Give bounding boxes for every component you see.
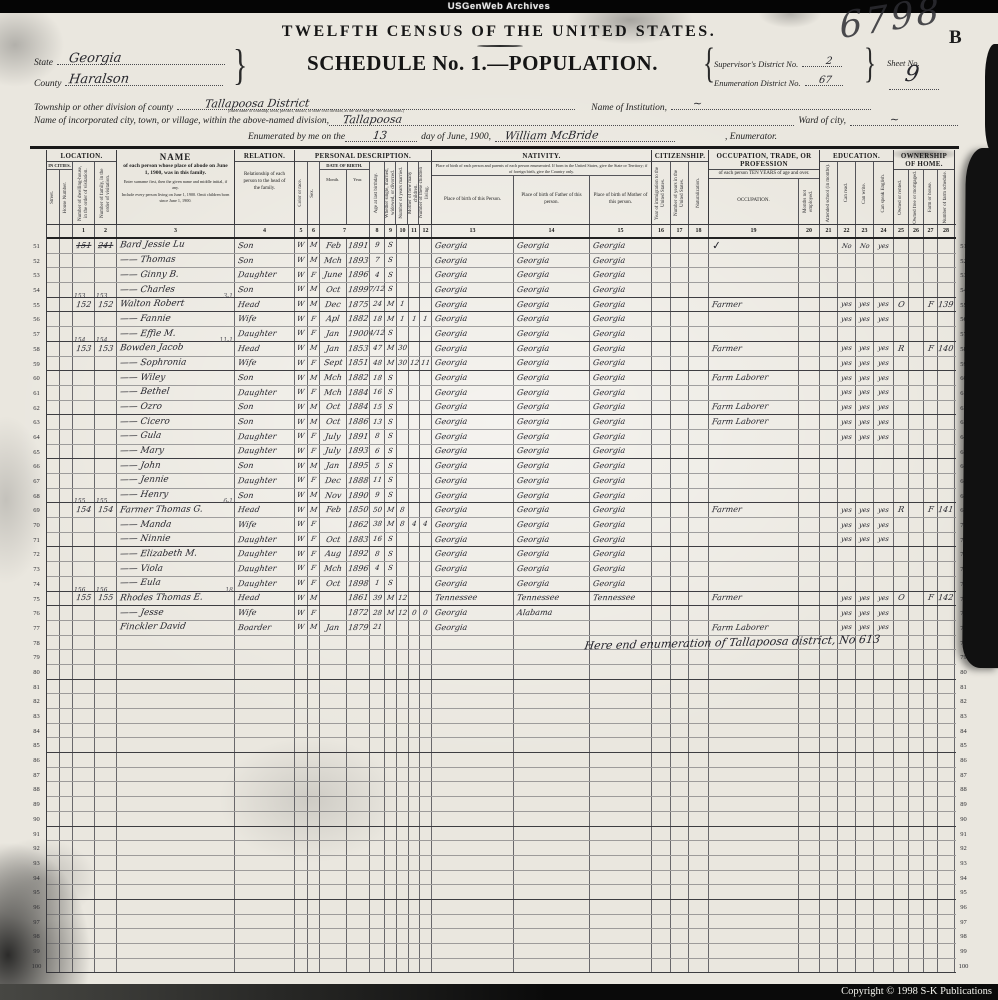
cell-yr: 1893 xyxy=(347,445,370,459)
column-number: 25 xyxy=(894,225,909,237)
cell-house xyxy=(60,239,73,253)
handwritten-entry: F xyxy=(311,610,317,617)
handwritten-entry: Mch xyxy=(323,374,342,382)
location-columns: IN CITIES. Street. House Number. Number … xyxy=(47,162,116,224)
column-number: 17 xyxy=(671,225,689,237)
cell-mu xyxy=(799,268,820,282)
cell-mo: Feb xyxy=(320,239,347,253)
handwritten-entry: yes xyxy=(841,507,853,514)
cell-m xyxy=(385,797,397,811)
cell-own xyxy=(894,459,909,473)
cell-rel: Boarder xyxy=(235,621,295,635)
cell-pm: Georgia xyxy=(590,239,652,253)
cell-en xyxy=(874,753,894,767)
handwritten-entry: Tennessee xyxy=(434,594,477,602)
cell-s: M xyxy=(308,592,320,606)
handwritten-entry: yes xyxy=(878,595,890,602)
cell-yr: 1886 xyxy=(347,415,370,429)
handwritten-entry: Georgia xyxy=(516,403,549,411)
cell-s: M xyxy=(308,459,320,473)
row-number: 81 xyxy=(29,681,44,696)
cell-wr xyxy=(856,474,874,488)
cell-m: S xyxy=(385,254,397,268)
handwritten-entry: 9 xyxy=(374,492,380,499)
cell-rd xyxy=(838,694,856,708)
handwritten-entry: 30 xyxy=(398,360,408,367)
cell-dw xyxy=(73,621,95,635)
cell-c16 xyxy=(652,489,671,503)
cell-cl xyxy=(420,636,432,650)
cell-fm xyxy=(909,312,924,326)
cell-wr: yes xyxy=(856,592,874,606)
handwritten-entry: 1 xyxy=(400,301,406,308)
cell-rel xyxy=(235,915,295,929)
cell-c17 xyxy=(671,856,689,870)
row-number: 86 xyxy=(29,754,44,769)
cell-own xyxy=(894,665,909,679)
handwritten-entry: M xyxy=(309,595,317,602)
cell-name: —— Henry xyxy=(117,489,235,503)
cell-name xyxy=(117,680,235,694)
cell-fh xyxy=(924,489,938,503)
handwritten-entry: Feb xyxy=(325,242,341,250)
cell-fm xyxy=(909,753,924,767)
cell-fn xyxy=(938,621,955,635)
cell-en: yes xyxy=(874,371,894,385)
cell-wr: yes xyxy=(856,606,874,620)
cell-occ xyxy=(709,459,799,473)
cell-name: —— John xyxy=(117,459,235,473)
cell-mo: Oct xyxy=(320,533,347,547)
cell-occ xyxy=(709,445,799,459)
cell-wr xyxy=(856,856,874,870)
cell-street xyxy=(47,665,60,679)
handwritten-entry: S xyxy=(388,286,394,293)
cell-en: yes xyxy=(874,298,894,312)
handwritten-entry: yes xyxy=(878,419,890,426)
enumerated-line: Enumerated by me on the 13 day of June, … xyxy=(248,131,777,142)
handwritten-entry: Wife xyxy=(237,521,257,529)
cell-mc xyxy=(409,753,420,767)
handwritten-entry: Georgia xyxy=(434,477,467,485)
cell-pm xyxy=(590,885,652,899)
cell-c16 xyxy=(652,827,671,841)
cell-c17 xyxy=(671,929,689,943)
cell-street xyxy=(47,518,60,532)
cell-pm xyxy=(590,812,652,826)
cell-fm xyxy=(909,885,924,899)
col-children-living: Number of these children living. xyxy=(419,162,431,224)
cell-rel: Wife xyxy=(235,312,295,326)
cell-mu xyxy=(799,900,820,914)
handwritten-entry: Georgia xyxy=(592,535,625,543)
row-number: 58 xyxy=(29,343,44,358)
correction-mark: 156 xyxy=(96,587,107,594)
cell-mc xyxy=(409,592,420,606)
handwritten-entry: Georgia xyxy=(592,565,625,573)
cell-name: —— Gula xyxy=(117,430,235,444)
state-value: Georgia xyxy=(68,51,122,66)
cell-pm xyxy=(590,782,652,796)
handwritten-entry: yes xyxy=(878,389,890,396)
cell-name xyxy=(117,636,235,650)
col-mother: Mother of how many children. xyxy=(408,162,419,224)
cell-name: —— Wiley xyxy=(117,371,235,385)
cell-ym xyxy=(397,327,409,341)
cell-yr xyxy=(347,709,370,723)
handwritten-entry: yes xyxy=(878,301,890,308)
handwritten-entry: F xyxy=(311,316,317,323)
handwritten-entry: Georgia xyxy=(516,315,549,323)
name-note-1: Enter surname first, then the given name… xyxy=(117,177,234,190)
cell-fn xyxy=(938,782,955,796)
handwritten-entry: yes xyxy=(841,595,853,602)
cell-dw: 153154 xyxy=(73,342,95,356)
cell-cl xyxy=(420,342,432,356)
cell-cl xyxy=(420,445,432,459)
cell-c18 xyxy=(689,312,709,326)
col-farm: Farm or house. xyxy=(924,170,938,224)
cell-fam xyxy=(95,709,117,723)
cell-mo: Mch xyxy=(320,254,347,268)
cell-c18 xyxy=(689,915,709,929)
cell-fm xyxy=(909,474,924,488)
handwritten-entry: 1893 xyxy=(347,256,369,264)
correction-mark: 154 xyxy=(74,337,85,344)
cell-rd xyxy=(838,254,856,268)
handwritten-entry: M xyxy=(386,521,394,528)
cell-wr xyxy=(856,665,874,679)
row-number: 51 xyxy=(29,240,44,255)
handwritten-entry: yes xyxy=(859,536,871,543)
cell-pm: Tennessee xyxy=(590,592,652,606)
handwritten-entry: Wife xyxy=(237,359,257,367)
cell-rel: Son xyxy=(235,401,295,415)
cell-rd xyxy=(838,944,856,958)
handwritten-entry: yes xyxy=(859,595,871,602)
cell-mo xyxy=(320,856,347,870)
cell-name: —— Manda xyxy=(117,518,235,532)
cell-fn xyxy=(938,518,955,532)
cell-c16 xyxy=(652,592,671,606)
table-row xyxy=(47,856,956,871)
cell-fn xyxy=(938,459,955,473)
cell-fam xyxy=(95,606,117,620)
handwritten-entry: —— Eula xyxy=(119,579,161,588)
cell-own: O xyxy=(894,592,909,606)
column-number: 27 xyxy=(924,225,938,237)
handwritten-entry: 11 xyxy=(421,360,431,367)
handwritten-entry: Wife xyxy=(237,609,257,617)
cell-yr xyxy=(347,680,370,694)
cell-m xyxy=(385,856,397,870)
column-number: 21 xyxy=(820,225,838,237)
cell-pm: Georgia xyxy=(590,386,652,400)
cell-own xyxy=(894,738,909,752)
cell-age xyxy=(370,929,385,943)
cell-c16 xyxy=(652,782,671,796)
cell-age xyxy=(370,753,385,767)
cell-street xyxy=(47,753,60,767)
cell-c: W xyxy=(295,415,308,429)
cell-mo: Apl xyxy=(320,312,347,326)
cell-street xyxy=(47,871,60,885)
handwritten-entry: F xyxy=(311,565,317,572)
table-row: —— HenrySonWMNov18909SGeorgiaGeorgiaGeor… xyxy=(47,489,956,504)
cell-occ: Farmer xyxy=(709,342,799,356)
cell-pb xyxy=(432,782,514,796)
cell-street xyxy=(47,709,60,723)
cell-s: F xyxy=(308,562,320,576)
table-row: —— GulaDaughterWFJuly18918SGeorgiaGeorgi… xyxy=(47,430,956,445)
handwritten-entry: W xyxy=(297,477,305,484)
handwritten-entry: Georgia xyxy=(434,624,467,632)
cell-rd: yes xyxy=(838,606,856,620)
cell-wr xyxy=(856,283,874,297)
cell-c17 xyxy=(671,738,689,752)
cell-fam xyxy=(95,474,117,488)
row-number: 96 xyxy=(29,901,44,916)
row-number: 88 xyxy=(29,783,44,798)
cell-en xyxy=(874,724,894,738)
handwritten-entry: 1882 xyxy=(347,374,369,382)
cell-rd xyxy=(838,562,856,576)
cell-en: yes xyxy=(874,606,894,620)
handwritten-entry: yes xyxy=(859,389,871,396)
cell-cl xyxy=(420,841,432,855)
cell-dw xyxy=(73,827,95,841)
cell-name xyxy=(117,768,235,782)
cell-own xyxy=(894,562,909,576)
cell-en: yes xyxy=(874,503,894,517)
cell-c16 xyxy=(652,254,671,268)
handwritten-entry: W xyxy=(297,551,305,558)
cell-age xyxy=(370,797,385,811)
cell-mo xyxy=(320,709,347,723)
handwritten-entry: 39 xyxy=(372,595,382,602)
cell-fm xyxy=(909,636,924,650)
row-number: 69 xyxy=(29,504,44,519)
cell-c xyxy=(295,900,308,914)
cell-fh xyxy=(924,885,938,899)
cell-fh xyxy=(924,915,938,929)
cell-name xyxy=(117,929,235,943)
handwritten-entry: 4 xyxy=(423,521,429,528)
enumeration-label: Enumeration District No. xyxy=(714,78,801,88)
cell-c16 xyxy=(652,357,671,371)
cell-age xyxy=(370,856,385,870)
cell-occ xyxy=(709,430,799,444)
cell-pb: Georgia xyxy=(432,371,514,385)
cell-name: —— Ginny B. xyxy=(117,268,235,282)
handwritten-entry: yes xyxy=(878,345,890,352)
cell-mo xyxy=(320,871,347,885)
cell-fh xyxy=(924,621,938,635)
row-number: 65 xyxy=(29,446,44,461)
cell-en xyxy=(874,900,894,914)
cell-cl xyxy=(420,474,432,488)
cell-c17 xyxy=(671,812,689,826)
cell-fam xyxy=(95,665,117,679)
enumerated-day-underline: 13 xyxy=(345,131,417,142)
cell-rd xyxy=(838,283,856,297)
cell-pf: Georgia xyxy=(514,327,590,341)
cell-street xyxy=(47,239,60,253)
cell-fn xyxy=(938,577,955,591)
table-row: 155156155156Rhodes Thomas E.18HeadWM1861… xyxy=(47,592,956,607)
handwritten-entry: Georgia xyxy=(434,433,467,441)
cell-occ xyxy=(709,900,799,914)
cell-dw xyxy=(73,562,95,576)
cell-age: 4/12 xyxy=(370,327,385,341)
handwritten-entry: S xyxy=(388,242,394,249)
cell-pb xyxy=(432,724,514,738)
cell-en: yes xyxy=(874,430,894,444)
handwritten-entry: W xyxy=(297,507,305,514)
cell-fh xyxy=(924,445,938,459)
enumerated-date-label: day of June, 1900, xyxy=(421,132,491,142)
handwritten-entry: yes xyxy=(859,316,871,323)
cell-rel: Daughter xyxy=(235,445,295,459)
cell-age: 24 xyxy=(370,298,385,312)
cell-c16 xyxy=(652,474,671,488)
cell-name: Farmer Thomas G.6-1 xyxy=(117,503,235,517)
cell-pb xyxy=(432,959,514,973)
cell-rel: Head xyxy=(235,298,295,312)
cell-yr: 1851 xyxy=(347,357,370,371)
cell-ym xyxy=(397,871,409,885)
cell-c16 xyxy=(652,885,671,899)
cell-fh xyxy=(924,254,938,268)
cell-mc xyxy=(409,239,420,253)
column-number: 8 xyxy=(370,225,385,237)
handwritten-entry: yes xyxy=(878,360,890,367)
cell-wr xyxy=(856,944,874,958)
cell-rel xyxy=(235,856,295,870)
cell-yr: 1896 xyxy=(347,268,370,282)
cell-fam xyxy=(95,900,117,914)
cell-rel xyxy=(235,636,295,650)
cell-c17 xyxy=(671,401,689,415)
row-number: 92 xyxy=(29,842,44,857)
cell-cl xyxy=(420,885,432,899)
column-number: 3 xyxy=(117,225,235,237)
handwritten-entry: F xyxy=(927,594,934,602)
cell-ym xyxy=(397,547,409,561)
handwritten-entry: W xyxy=(297,242,305,249)
handwritten-entry: M xyxy=(309,463,317,470)
cell-house xyxy=(60,885,73,899)
cell-fn xyxy=(938,562,955,576)
relation-title: RELATION. xyxy=(235,150,294,162)
cell-m xyxy=(385,768,397,782)
cell-ym xyxy=(397,445,409,459)
cell-c16 xyxy=(652,547,671,561)
cell-cl xyxy=(420,900,432,914)
handwritten-entry: Georgia xyxy=(434,506,467,514)
handwritten-entry: yes xyxy=(841,345,853,352)
handwritten-entry: Georgia xyxy=(434,300,467,308)
cell-occ xyxy=(709,650,799,664)
cell-c xyxy=(295,680,308,694)
cell-dw xyxy=(73,533,95,547)
cell-occ xyxy=(709,283,799,297)
cell-pb: Georgia xyxy=(432,415,514,429)
cell-c17 xyxy=(671,327,689,341)
cell-yr xyxy=(347,812,370,826)
cell-c: W xyxy=(295,327,308,341)
cell-mc xyxy=(409,386,420,400)
handwritten-entry: W xyxy=(297,609,305,616)
cell-fm xyxy=(909,547,924,561)
cell-yr xyxy=(347,841,370,855)
handwritten-entry: Daughter xyxy=(237,535,277,543)
col-farm-no-label: Number of farm schedule. xyxy=(943,171,949,223)
cell-mc xyxy=(409,562,420,576)
row-number-rail-left: 5152535455565758596061626364656667686970… xyxy=(29,240,44,974)
cell-m xyxy=(385,621,397,635)
cell-pb xyxy=(432,929,514,943)
cell-fm xyxy=(909,694,924,708)
cell-fam xyxy=(95,856,117,870)
cell-c xyxy=(295,812,308,826)
column-number: 22 xyxy=(838,225,856,237)
handwritten-entry: Georgia xyxy=(516,521,549,529)
cell-street xyxy=(47,283,60,297)
enumerator-name: William McBride xyxy=(504,129,599,143)
cell-mo xyxy=(320,665,347,679)
cell-mc xyxy=(409,327,420,341)
handwritten-entry: yes xyxy=(859,360,871,367)
cell-m: M xyxy=(385,342,397,356)
cell-c18 xyxy=(689,900,709,914)
cell-fm xyxy=(909,298,924,312)
handwritten-entry: Georgia xyxy=(592,242,625,250)
dob-group: DATE OF BIRTH. Month. Year. xyxy=(320,162,370,224)
cell-fh xyxy=(924,871,938,885)
cell-fh xyxy=(924,724,938,738)
cell-pb xyxy=(432,709,514,723)
table-row: —— MaryDaughterWFJuly18936SGeorgiaGeorgi… xyxy=(47,445,956,460)
cell-own xyxy=(894,474,909,488)
cell-sch xyxy=(820,724,838,738)
cell-own xyxy=(894,283,909,297)
cell-mc xyxy=(409,841,420,855)
cell-rel: Wife xyxy=(235,606,295,620)
cell-house xyxy=(60,401,73,415)
citizenship-columns: Year of immigration to the United States… xyxy=(652,162,708,224)
cell-c17 xyxy=(671,797,689,811)
handwritten-entry: 6 xyxy=(374,448,380,455)
col-pob-mother: Place of birth of Mother of this person. xyxy=(590,176,651,224)
cell-yr xyxy=(347,753,370,767)
cell-house xyxy=(60,489,73,503)
cell-c18 xyxy=(689,239,709,253)
cell-fam xyxy=(95,268,117,282)
cell-age: 15 xyxy=(370,401,385,415)
handwritten-entry: yes xyxy=(841,301,853,308)
cell-house xyxy=(60,782,73,796)
cell-mc xyxy=(409,885,420,899)
cell-yr xyxy=(347,724,370,738)
cell-house xyxy=(60,871,73,885)
occupation-columns: OCCUPATION. Months not employed. xyxy=(709,179,819,224)
cell-c17 xyxy=(671,489,689,503)
column-number: 18 xyxy=(689,225,709,237)
cell-s: F xyxy=(308,577,320,591)
cell-own xyxy=(894,386,909,400)
cell-c17 xyxy=(671,900,689,914)
